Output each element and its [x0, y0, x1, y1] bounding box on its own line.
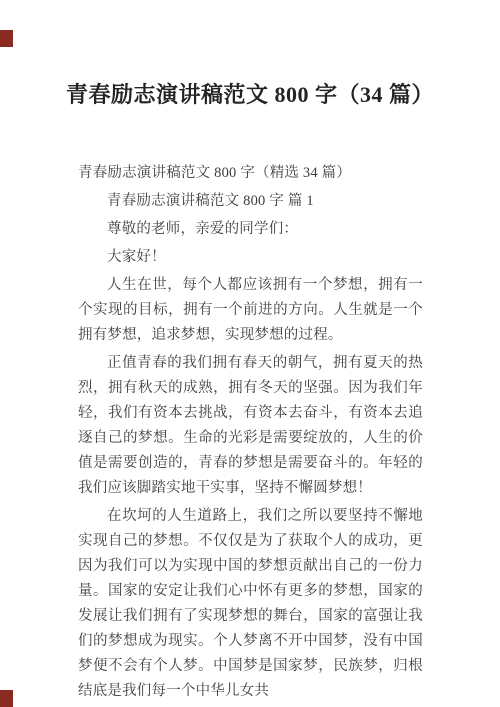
- paragraph-subtitle: 青春励志演讲稿范文 800 字（精选 34 篇）: [78, 161, 423, 186]
- paragraph-section-heading: 青春励志演讲稿范文 800 字 篇 1: [78, 189, 423, 214]
- paragraph-body-2: 正值青春的我们拥有春天的朝气，拥有夏天的热烈，拥有秋天的成熟，拥有冬天的坚强。因…: [78, 351, 423, 501]
- paragraph-body-1: 人生在世，每个人都应该拥有一个梦想，拥有一个实现的目标，拥有一个前进的方向。人生…: [78, 273, 423, 348]
- document-title: 青春励志演讲稿范文 800 字（34 篇）: [0, 78, 500, 109]
- page-edge-mark-top-icon: [0, 30, 13, 47]
- document-page: 青春励志演讲稿范文 800 字（34 篇） 青春励志演讲稿范文 800 字（精选…: [0, 0, 500, 707]
- paragraph-salutation: 尊敬的老师，亲爱的同学们：: [78, 217, 423, 242]
- paragraph-body-3: 在坎坷的人生道路上，我们之所以要坚持不懈地实现自己的梦想。不仅仅是为了获取个人的…: [78, 504, 423, 704]
- document-body: 青春励志演讲稿范文 800 字（精选 34 篇） 青春励志演讲稿范文 800 字…: [78, 161, 423, 707]
- paragraph-greeting: 大家好！: [78, 245, 423, 270]
- page-edge-mark-bottom-icon: [0, 690, 13, 707]
